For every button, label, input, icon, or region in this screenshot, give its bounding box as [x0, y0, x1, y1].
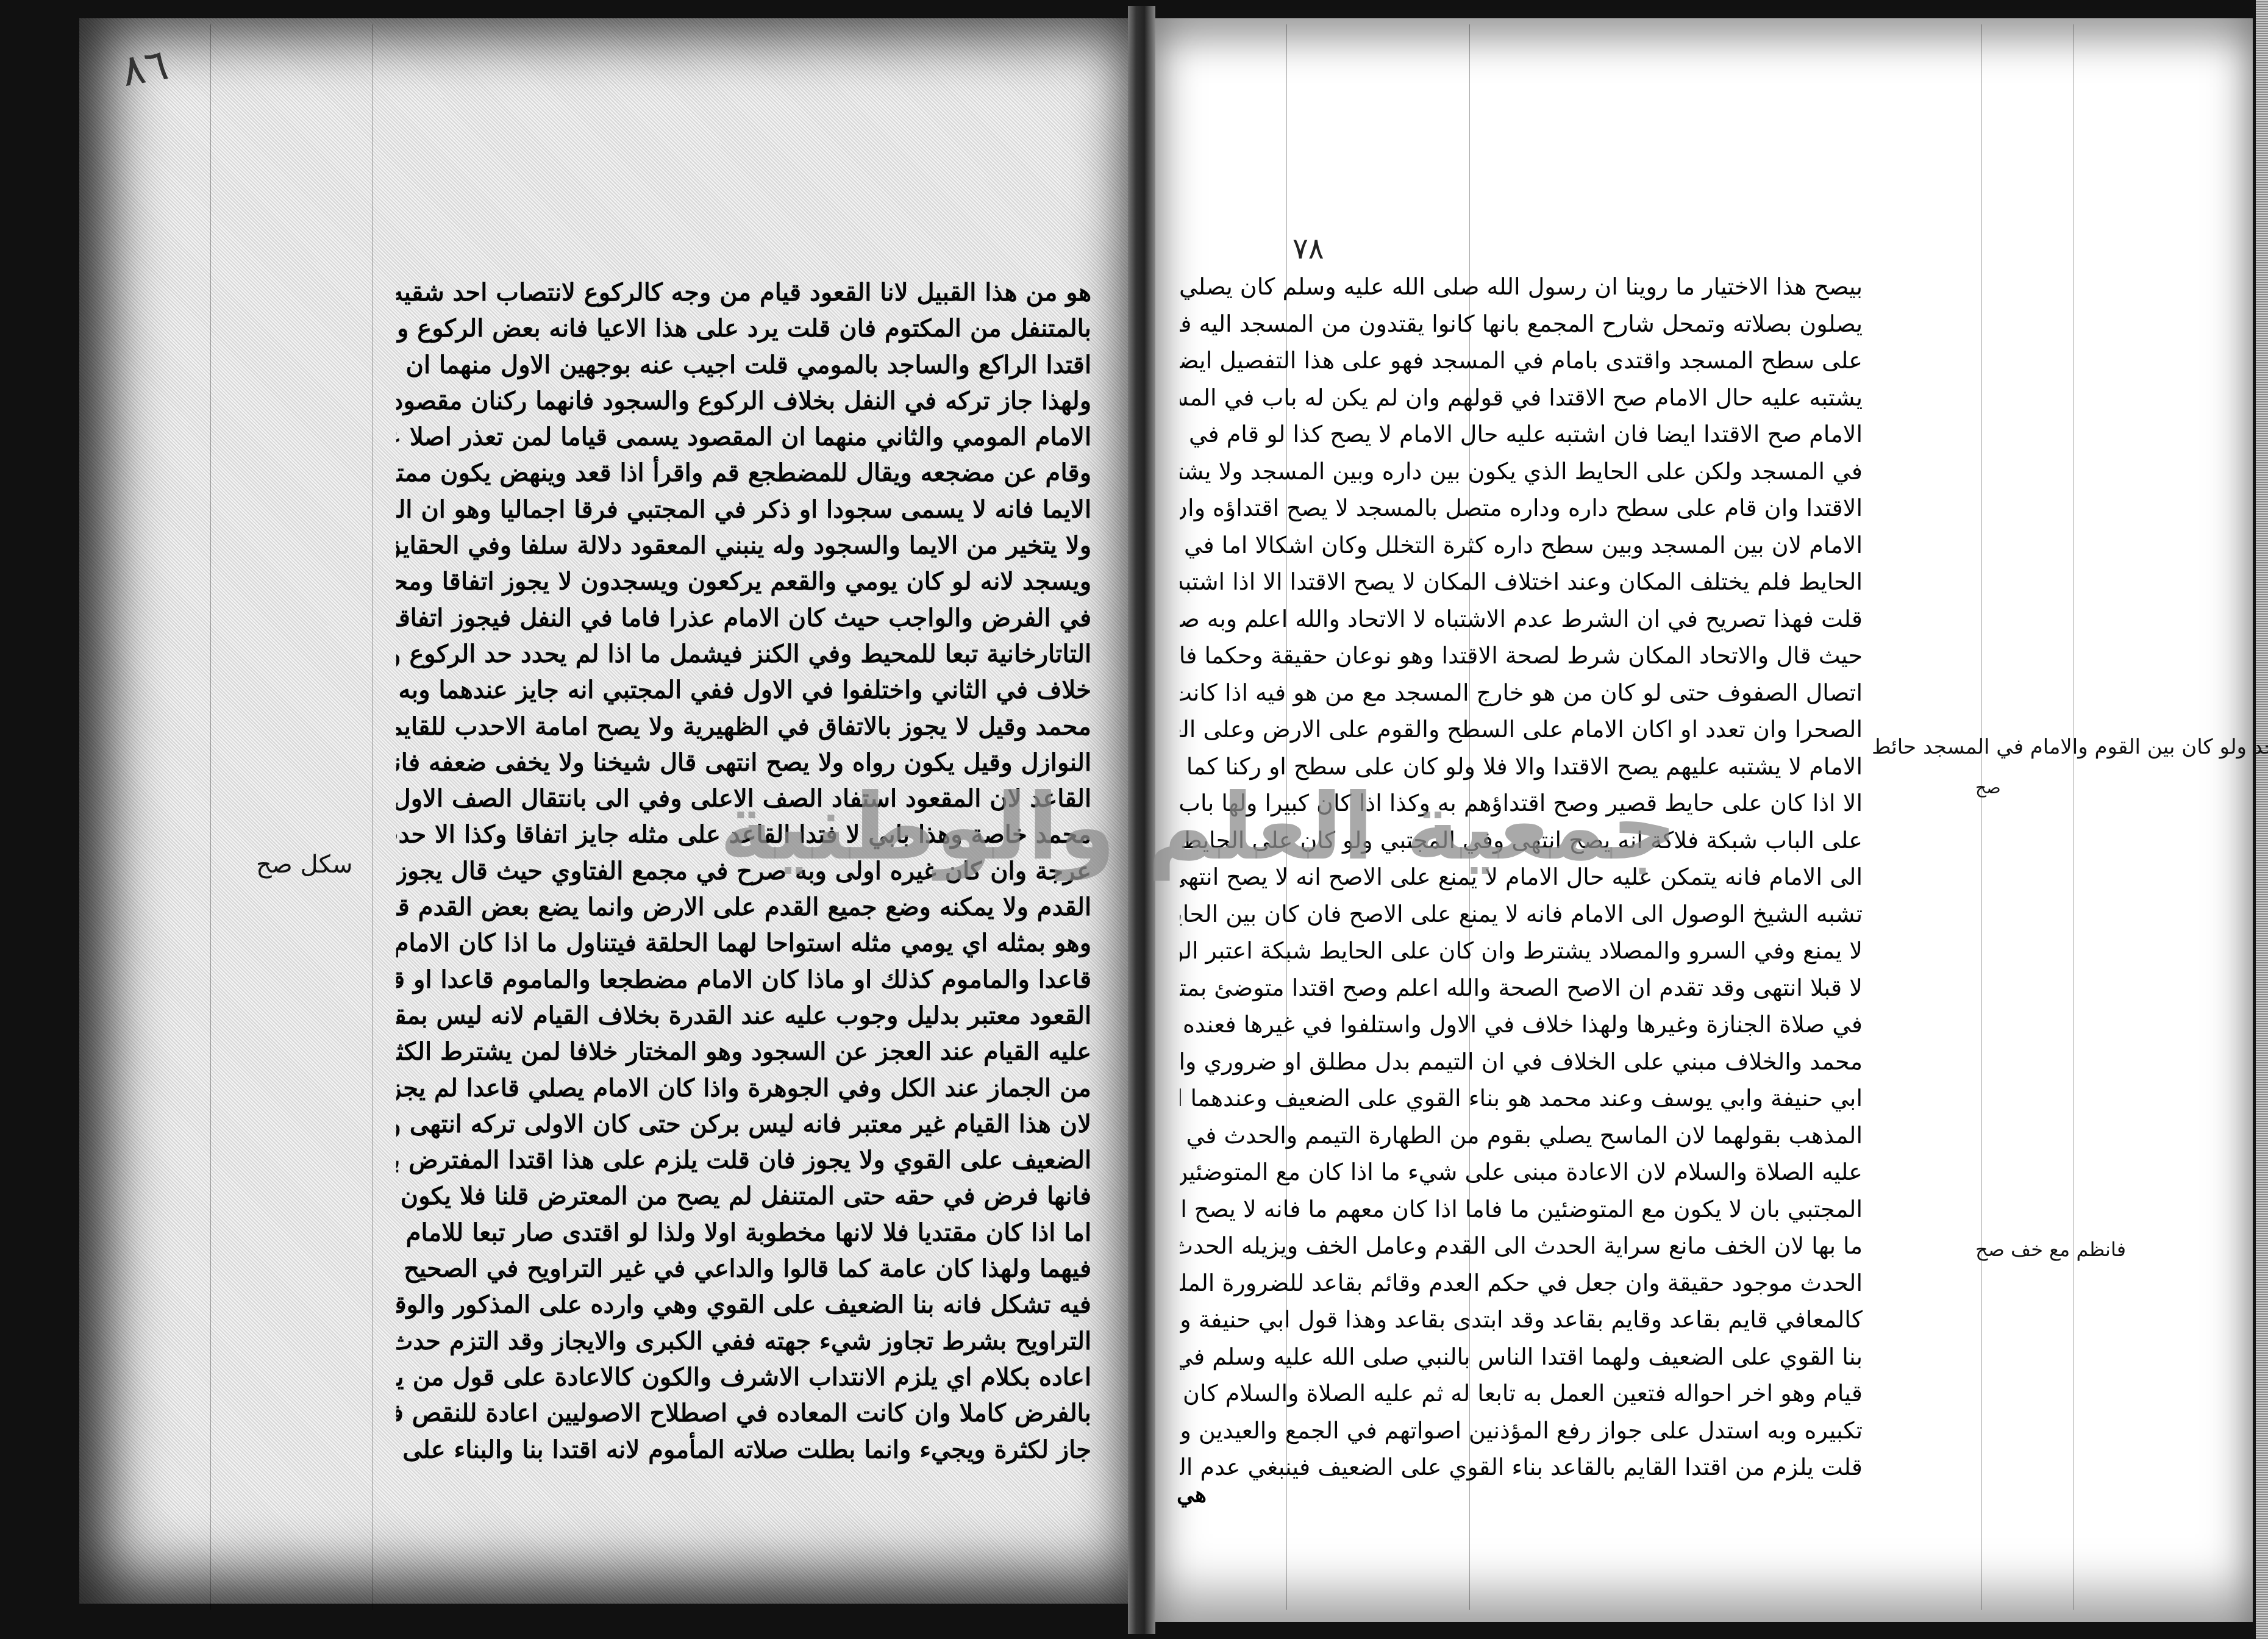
- text-line: القعود معتبر بدليل وجوب عليه عند القدرة …: [396, 998, 1091, 1034]
- text-line: لا يمنع وفي السرو والمصلاد يشترط وان كان…: [1180, 932, 1863, 969]
- margin-note-left: سكل صح: [256, 851, 352, 879]
- text-line: بالمتنفل من المكتوم فان قلت يرد على هذا …: [396, 310, 1091, 346]
- text-line: خلاف في الثاني واختلفوا في الاول ففي الم…: [396, 672, 1091, 708]
- text-line: محمد والخلاف مبني على الخلاف في ان التيم…: [1180, 1043, 1863, 1080]
- text-line: حيث قال والاتحاد المكان شرط لصحة الاقتدا…: [1180, 637, 1863, 674]
- text-line: فيه تشكل فانه بنا الضعيف على القوي وهي و…: [396, 1287, 1091, 1323]
- scan-edge: [2256, 0, 2268, 1639]
- text-line: الامام المومي والثاني منهما ان المقصود ي…: [396, 419, 1091, 455]
- library-watermark: جمعية العلم والوطنية: [719, 774, 1677, 880]
- text-line: اقتدا الراكع والساجد بالمومي قلت اجيب عن…: [396, 347, 1091, 383]
- text-line: قاعدا والماموم كذلك او ماذا كان الامام م…: [396, 962, 1091, 998]
- text-line: قلت فهذا تصريح في ان الشرط عدم الاشتباه …: [1180, 601, 1863, 638]
- ruling-line: [210, 24, 211, 1610]
- text-line: فانها فرض في حقه حتى المتنفل لم يصح من ا…: [396, 1178, 1091, 1214]
- text-line: محمد وقيل لا يجوز بالاتفاق في الظهيرية و…: [396, 709, 1091, 745]
- ruling-line: [1981, 24, 1982, 1610]
- text-line: الاقتدا وان قام على سطح داره وداره متصل …: [1180, 490, 1863, 527]
- text-line: اما اذا كان مقتديا فلا لانها مخطوبة اولا…: [396, 1215, 1091, 1251]
- text-line: في المسجد ولكن على الحايط الذي يكون بين …: [1180, 453, 1863, 490]
- text-line: القدم ولا يمكنه وضع جميع القدم على الارض…: [396, 889, 1091, 925]
- text-line: الحايط فلم يختلف المكان وعند اختلاف المك…: [1180, 563, 1863, 601]
- text-line: وهو بمثله اي يومي مثله استواحا لهما الحل…: [396, 925, 1091, 961]
- text-line: الامام صح الاقتدا ايضا فان اشتبه عليه حا…: [1180, 416, 1863, 453]
- text-line: عليه القيام عند العجز عن السجود وهو المخ…: [396, 1034, 1091, 1069]
- text-line: الامام لان بين المسجد وبين سطح داره كثرة…: [1180, 527, 1863, 564]
- text-line: الايما فانه لا يسمى سجودا او ذكر في المج…: [396, 491, 1091, 527]
- text-line: تشبه الشيخ الوصول الى الامام فانه لا يمن…: [1180, 896, 1863, 933]
- text-line: اعاده بكلام اي يلزم الانتداب الاشرف والك…: [396, 1359, 1091, 1395]
- text-line: الحدث موجود حقيقة وان جعل في حكم العدم و…: [1180, 1265, 1863, 1302]
- text-line: جاز لكثرة ويجيء وانما بطلت صلاته المأموم…: [396, 1432, 1091, 1468]
- text-line: اتصال الصفوف حتى لو كان من هو خارج المسج…: [1180, 674, 1863, 712]
- text-line: التاتارخانية تبعا للمحيط وفي الكنز فيشمل…: [396, 636, 1091, 672]
- text-line: وقام عن مضجعه ويقال للمضطجع قم واقرأ اذا…: [396, 455, 1091, 491]
- text-line: لا قبلا انتهى وقد تقدم ان الاصح الصحة وا…: [1180, 969, 1863, 1007]
- folio-number-left: ٨٦: [118, 39, 171, 96]
- text-line: ما بها لان الخف مانع سراية الحدث الى الق…: [1180, 1227, 1863, 1265]
- text-line: المذهب بقولهما لان الماسح يصلي بقوم من ا…: [1180, 1117, 1863, 1154]
- text-line: كالمعافي قايم بقاعد وقايم بقاعد وقد ابتد…: [1180, 1301, 1863, 1338]
- text-line: فيهما ولهذا كان عامة كما قالوا والداعي ف…: [396, 1251, 1091, 1287]
- text-line: في الفرض والواجب حيث كان الامام عذرا فام…: [396, 600, 1091, 636]
- text-line: ولا يتخير من الايما والسجود وله ينبني ال…: [396, 527, 1091, 563]
- text-line: يشتبه عليه حال الامام صح الاقتدا في قوله…: [1180, 379, 1863, 416]
- text-line: المجتبي بان لا يكون مع المتوضئين ما فاما…: [1180, 1191, 1863, 1228]
- catchword: هي: [1177, 1482, 1207, 1507]
- text-line: التراويح بشرط تجاوز شيء جهته ففي الكبرى …: [396, 1323, 1091, 1359]
- text-line: على سطح المسجد واقتدى بامام في المسجد فه…: [1180, 342, 1863, 379]
- text-line: تكبيره وبه استدل على جواز رفع المؤذنين ا…: [1180, 1412, 1863, 1449]
- text-line: لان هذا القيام غير معتبر فانه ليس بركن ح…: [396, 1106, 1091, 1142]
- margin-note-right-1-mark: صح: [1975, 777, 2001, 798]
- text-line: في صلاة الجنازة وغيرها ولهذا خلاف في الا…: [1180, 1006, 1863, 1043]
- text-line: ويسجد لانه لو كان يومي والقعم يركعون ويس…: [396, 563, 1091, 599]
- text-line: من الجماز عند الكل وفي الجوهرة واذا كان …: [396, 1070, 1091, 1106]
- text-line: قيام وهو اخر احواله فتعين العمل به تابعا…: [1180, 1375, 1863, 1412]
- margin-note-right-2: فانظم مع خف صح: [1975, 1238, 2126, 1261]
- text-line: ولهذا جاز تركه في النفل بخلاف الركوع وال…: [396, 383, 1091, 419]
- margin-note-right-1: المسجد واحد ولو كان بين القوم والامام في…: [1872, 735, 2268, 759]
- text-line: بالفرض كاملا وان كانت المعاده في اصطلاح …: [396, 1395, 1091, 1431]
- folio-number-right: ٧٨: [1293, 232, 1324, 266]
- ruling-line: [372, 24, 373, 1610]
- text-line: الضعيف على القوي ولا يجوز فان قلت يلزم ع…: [396, 1142, 1091, 1178]
- text-line: هو من هذا القبيل لانا القعود قيام من وجه…: [396, 274, 1091, 310]
- text-line: ابي حنيفة وابي يوسف وعند محمد هو بناء ال…: [1180, 1080, 1863, 1117]
- ruling-line: [2073, 24, 2074, 1610]
- text-line: بنا القوي على الضعيف ولهما اقتدا الناس ب…: [1180, 1338, 1863, 1376]
- text-line: قلت يلزم من اقتدا القايم بالقاعد بناء ال…: [1180, 1449, 1863, 1486]
- text-line: الصحرا وان تعدد او اكان الامام على السطح…: [1180, 711, 1863, 748]
- text-line: بيصح هذا الاختيار ما روينا ان رسول الله …: [1180, 268, 1863, 305]
- text-line: يصلون بصلاته وتمحل شارح المجمع بانها كان…: [1180, 305, 1863, 343]
- text-line: عليه الصلاة والسلام لان الاعادة مبنى على…: [1180, 1154, 1863, 1191]
